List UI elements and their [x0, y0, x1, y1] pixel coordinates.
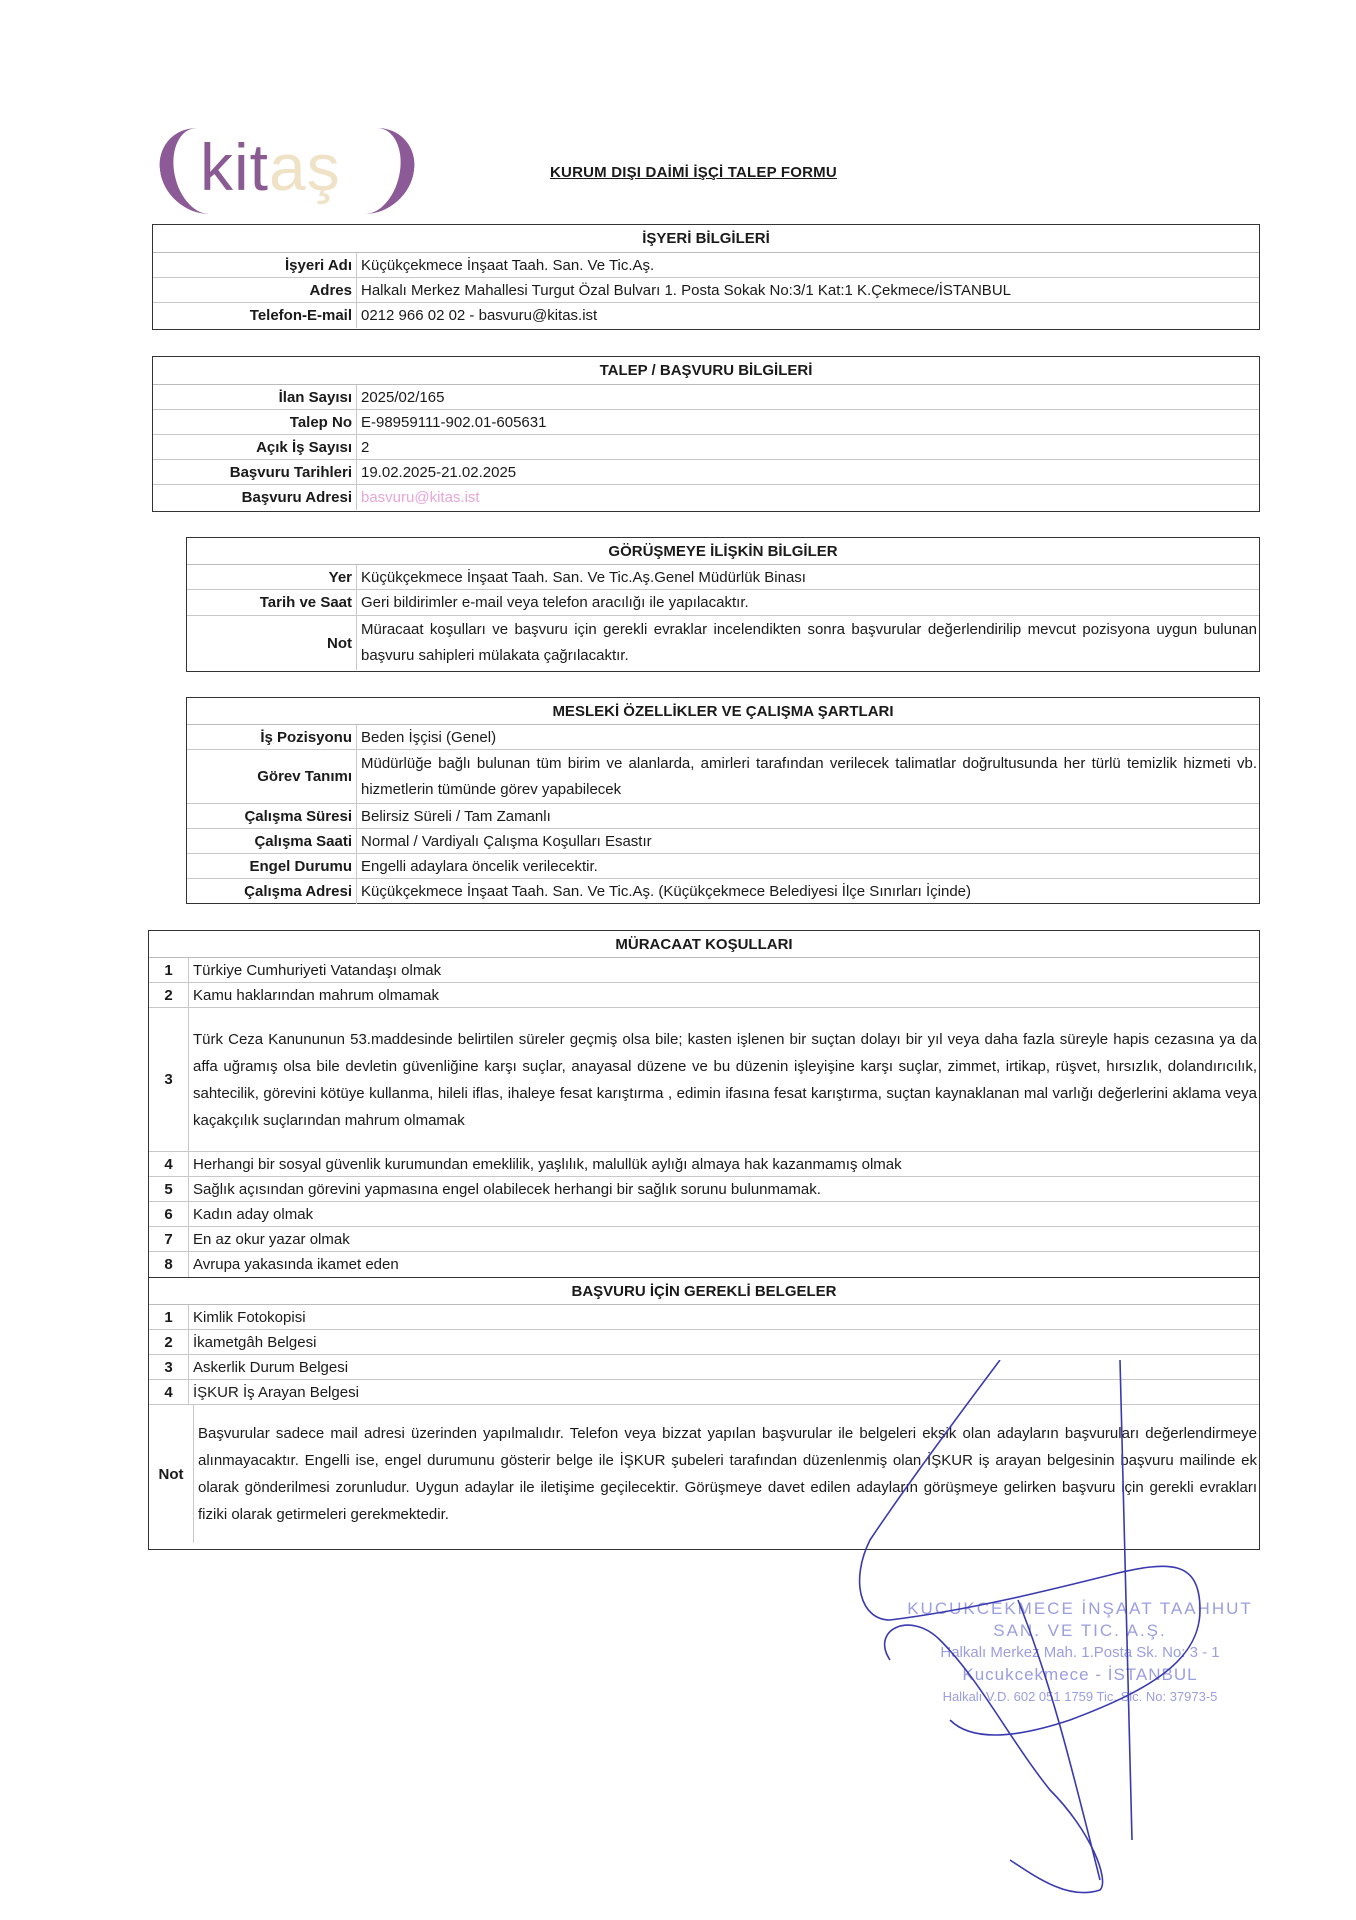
table-row: Yer Küçükçekmece İnşaat Taah. San. Ve Ti…: [187, 565, 1259, 590]
item-number: 2: [149, 1330, 189, 1354]
row-label: Tarih ve Saat: [187, 590, 357, 615]
list-item: 1 Türkiye Cumhuriyeti Vatandaşı olmak: [149, 958, 1259, 983]
row-label: Açık İş Sayısı: [153, 435, 357, 459]
item-text: Türk Ceza Kanununun 53.maddesinde belirt…: [189, 1008, 1259, 1151]
row-value: Küçükçekmece İnşaat Taah. San. Ve Tic.Aş…: [357, 879, 1259, 904]
row-value: Engelli adaylara öncelik verilecektir.: [357, 854, 1259, 878]
list-item: 2 Kamu haklarından mahrum olmamak: [149, 983, 1259, 1008]
item-number: 2: [149, 983, 189, 1007]
table-row: Başvuru Adresi basvuru@kitas.ist: [153, 485, 1259, 510]
table-row: Görev Tanımı Müdürlüğe bağlı bulunan tüm…: [187, 750, 1259, 804]
row-label: Engel Durumu: [187, 854, 357, 878]
item-text: Askerlik Durum Belgesi: [189, 1355, 1259, 1379]
row-label: İşyeri Adı: [153, 253, 357, 277]
item-text: Kimlik Fotokopisi: [189, 1305, 1259, 1329]
item-number: 5: [149, 1177, 189, 1201]
row-label: İş Pozisyonu: [187, 725, 357, 749]
row-value: Müdürlüğe bağlı bulunan tüm birim ve ala…: [357, 750, 1259, 803]
item-number: 4: [149, 1152, 189, 1176]
item-number: 1: [149, 1305, 189, 1329]
table-row: Telefon-E-mail 0212 966 02 02 - basvuru@…: [153, 303, 1259, 328]
note-text: Başvurular sadece mail adresi üzerinden …: [194, 1405, 1259, 1543]
note-label: Not: [149, 1405, 194, 1543]
table-row: Başvuru Tarihleri 19.02.2025-21.02.2025: [153, 460, 1259, 485]
conditions-table: MÜRACAAT KOŞULLARI 1 Türkiye Cumhuriyeti…: [148, 930, 1260, 1550]
kitas-logo: kitaş: [160, 128, 410, 218]
row-value: Müracaat koşulları ve başvuru için gerek…: [357, 616, 1259, 670]
list-item: 3 Askerlik Durum Belgesi: [149, 1355, 1259, 1380]
table-row: İlan Sayısı 2025/02/165: [153, 385, 1259, 410]
row-value: 2: [357, 435, 1259, 459]
item-text: Türkiye Cumhuriyeti Vatandaşı olmak: [189, 958, 1259, 982]
item-number: 8: [149, 1252, 189, 1277]
application-email-link[interactable]: basvuru@kitas.ist: [361, 489, 480, 506]
list-item: 7 En az okur yazar olmak: [149, 1227, 1259, 1252]
table-row: Talep No E-98959111-902.01-605631: [153, 410, 1259, 435]
table-row: İşyeri Adı Küçükçekmece İnşaat Taah. San…: [153, 253, 1259, 278]
table-row: Not Müracaat koşulları ve başvuru için g…: [187, 616, 1259, 670]
row-label: İlan Sayısı: [153, 385, 357, 409]
item-text: Herhangi bir sosyal güvenlik kurumundan …: [189, 1152, 1259, 1176]
document-title: KURUM DIŞI DAİMİ İŞÇİ TALEP FORMU: [550, 164, 837, 181]
interview-info-table: GÖRÜŞMEYE İLİŞKİN BİLGİLER Yer Küçükçekm…: [186, 537, 1260, 672]
stamp-line: Kucukcekmece - İSTANBUL: [880, 1664, 1280, 1686]
conditions-heading: MÜRACAAT KOŞULLARI: [149, 931, 1259, 958]
row-value: Halkalı Merkez Mahallesi Turgut Özal Bul…: [357, 278, 1259, 302]
row-label: Çalışma Adresi: [187, 879, 357, 904]
job-details-table: MESLEKİ ÖZELLİKLER VE ÇALIŞMA ŞARTLARI İ…: [186, 697, 1260, 904]
interview-info-heading: GÖRÜŞMEYE İLİŞKİN BİLGİLER: [187, 538, 1259, 565]
row-value: 19.02.2025-21.02.2025: [357, 460, 1259, 484]
list-item: 4 Herhangi bir sosyal güvenlik kurumunda…: [149, 1152, 1259, 1177]
item-number: 3: [149, 1008, 189, 1151]
application-info-table: TALEP / BAŞVURU BİLGİLERİ İlan Sayısı 20…: [152, 356, 1260, 512]
list-item: 4 İŞKUR İş Arayan Belgesi: [149, 1380, 1259, 1405]
item-text: Kadın aday olmak: [189, 1202, 1259, 1226]
row-label: Başvuru Tarihleri: [153, 460, 357, 484]
row-value: Beden İşçisi (Genel): [357, 725, 1259, 749]
row-value: E-98959111-902.01-605631: [357, 410, 1259, 434]
table-row: Engel Durumu Engelli adaylara öncelik ve…: [187, 854, 1259, 879]
row-value: Belirsiz Süreli / Tam Zamanlı: [357, 804, 1259, 828]
item-number: 6: [149, 1202, 189, 1226]
item-text: İŞKUR İş Arayan Belgesi: [189, 1380, 1259, 1404]
item-number: 7: [149, 1227, 189, 1251]
row-label: Not: [187, 616, 357, 670]
table-row: İş Pozisyonu Beden İşçisi (Genel): [187, 725, 1259, 750]
row-label: Adres: [153, 278, 357, 302]
item-number: 1: [149, 958, 189, 982]
row-label: Görev Tanımı: [187, 750, 357, 803]
stamp-line: Halkalı V.D. 602 051 1759 Tic. Sic. No: …: [880, 1686, 1280, 1708]
list-item: 3 Türk Ceza Kanununun 53.maddesinde beli…: [149, 1008, 1259, 1152]
employer-info-table: İŞYERİ BİLGİLERİ İşyeri Adı Küçükçekmece…: [152, 224, 1260, 330]
row-value: Geri bildirimler e-mail veya telefon ara…: [357, 590, 1259, 615]
row-label: Yer: [187, 565, 357, 589]
row-label: Telefon-E-mail: [153, 303, 357, 328]
form-page: kitaş KURUM DIŞI DAİMİ İŞÇİ TALEP FORMU …: [0, 0, 1356, 1920]
item-number: 4: [149, 1380, 189, 1404]
company-stamp: KUCUKCEKMECE İNŞAAT TAAHHUT SAN. VE TIC.…: [880, 1598, 1280, 1708]
row-value: Normal / Vardiyalı Çalışma Koşulları Esa…: [357, 829, 1259, 853]
row-value: 0212 966 02 02 - basvuru@kitas.ist: [357, 303, 1259, 328]
list-item: 2 İkametgâh Belgesi: [149, 1330, 1259, 1355]
stamp-line: Halkalı Merkez Mah. 1.Posta Sk. No: 3 - …: [880, 1642, 1280, 1664]
item-number: 3: [149, 1355, 189, 1379]
stamp-line: SAN. VE TIC. A.Ş.: [880, 1620, 1280, 1642]
table-row: Açık İş Sayısı 2: [153, 435, 1259, 460]
list-item: 1 Kimlik Fotokopisi: [149, 1305, 1259, 1330]
row-label: Talep No: [153, 410, 357, 434]
job-details-heading: MESLEKİ ÖZELLİKLER VE ÇALIŞMA ŞARTLARI: [187, 698, 1259, 725]
item-text: Kamu haklarından mahrum olmamak: [189, 983, 1259, 1007]
row-value: basvuru@kitas.ist: [357, 485, 1259, 510]
item-text: İkametgâh Belgesi: [189, 1330, 1259, 1354]
row-value: 2025/02/165: [357, 385, 1259, 409]
row-value: Küçükçekmece İnşaat Taah. San. Ve Tic.Aş…: [357, 253, 1259, 277]
documents-heading: BAŞVURU İÇİN GEREKLİ BELGELER: [149, 1278, 1259, 1305]
table-row: Çalışma Saati Normal / Vardiyalı Çalışma…: [187, 829, 1259, 854]
stamp-line: KUCUKCEKMECE İNŞAAT TAAHHUT: [880, 1598, 1280, 1620]
row-label: Başvuru Adresi: [153, 485, 357, 510]
row-value: Küçükçekmece İnşaat Taah. San. Ve Tic.Aş…: [357, 565, 1259, 589]
item-text: En az okur yazar olmak: [189, 1227, 1259, 1251]
table-row: Tarih ve Saat Geri bildirimler e-mail ve…: [187, 590, 1259, 616]
item-text: Avrupa yakasında ikamet eden: [189, 1252, 1259, 1277]
table-row: Çalışma Adresi Küçükçekmece İnşaat Taah.…: [187, 879, 1259, 904]
table-row: Adres Halkalı Merkez Mahallesi Turgut Öz…: [153, 278, 1259, 303]
row-label: Çalışma Süresi: [187, 804, 357, 828]
list-item: 6 Kadın aday olmak: [149, 1202, 1259, 1227]
employer-info-heading: İŞYERİ BİLGİLERİ: [153, 225, 1259, 253]
row-label: Çalışma Saati: [187, 829, 357, 853]
table-row: Çalışma Süresi Belirsiz Süreli / Tam Zam…: [187, 804, 1259, 829]
logo-right-arc: [354, 128, 420, 214]
documents-note: Not Başvurular sadece mail adresi üzerin…: [149, 1405, 1259, 1543]
application-info-heading: TALEP / BAŞVURU BİLGİLERİ: [153, 357, 1259, 385]
list-item: 8 Avrupa yakasında ikamet eden: [149, 1252, 1259, 1278]
logo-wordmark: kitaş: [200, 134, 341, 200]
list-item: 5 Sağlık açısından görevini yapmasına en…: [149, 1177, 1259, 1202]
item-text: Sağlık açısından görevini yapmasına enge…: [189, 1177, 1259, 1201]
